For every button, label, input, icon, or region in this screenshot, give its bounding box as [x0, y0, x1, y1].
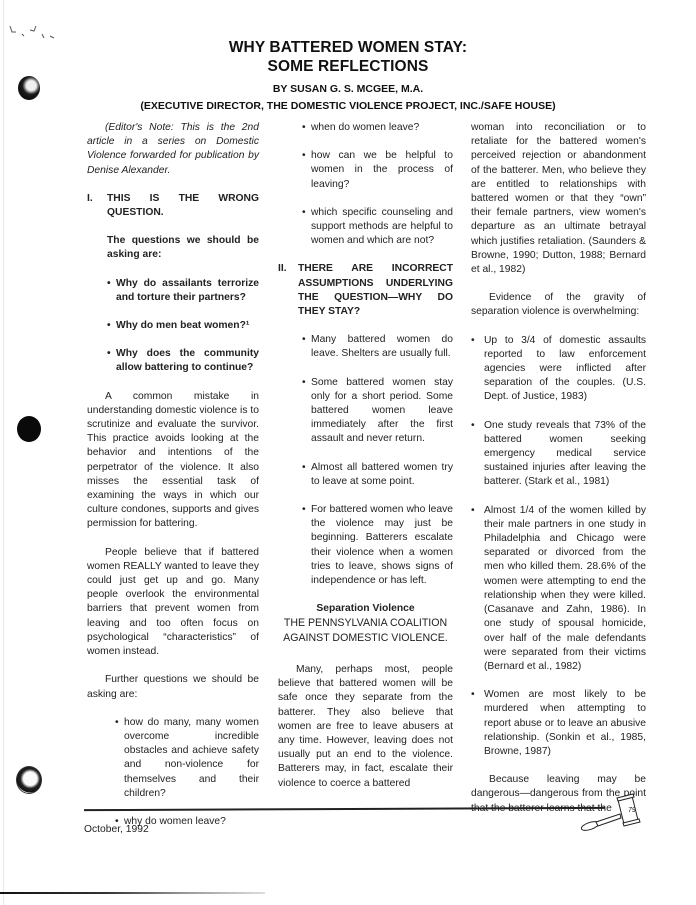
column-3: woman into reconciliation or to retaliat… — [471, 121, 646, 830]
list-item: which specific counseling and support me… — [311, 206, 453, 249]
list-item: Up to 3/4 of domestic assaults reported … — [484, 334, 646, 405]
byline: BY SUSAN G. S. MCGEE, M.A. — [0, 83, 696, 95]
section-title: THIS IS THE WRONG QUESTION. — [107, 192, 259, 220]
binder-hole-icon — [16, 766, 42, 794]
further-question-list-cont: when do women leave? how can we be helpf… — [278, 121, 453, 248]
paragraph: Evidence of the gravity of separation vi… — [471, 291, 646, 319]
column-1: (Editor's Note: This is the 2nd article … — [87, 121, 259, 843]
scan-bottom-streak — [0, 892, 265, 894]
editors-note: (Editor's Note: This is the 2nd article … — [87, 121, 259, 178]
paragraph: Further questions we should be asking ar… — [87, 673, 259, 701]
subheading: The questions we should be asking are: — [107, 234, 259, 262]
list-item: Why does the community allow battering t… — [116, 347, 259, 375]
paragraph: People believe that if battered women RE… — [87, 546, 259, 660]
section-title: THERE ARE INCORRECT ASSUMPTIONS UNDERLYI… — [298, 262, 453, 319]
list-item: Why do men beat women?¹ — [116, 319, 259, 333]
list-item: Many battered women do leave. Shelters a… — [311, 333, 453, 361]
separation-violence-heading: Separation Violence — [278, 602, 453, 616]
list-item: Almost 1/4 of the women killed by their … — [484, 504, 646, 674]
column-2: when do women leave? how can we be helpf… — [278, 121, 453, 805]
list-item: when do women leave? — [311, 121, 453, 135]
list-item: how do many, many women overcome incredi… — [124, 716, 259, 801]
section-heading-2: II. THERE ARE INCORRECT ASSUMPTIONS UNDE… — [278, 262, 453, 319]
paragraph: Many, perhaps most, people believe that … — [278, 663, 453, 791]
article-header: WHY BATTERED WOMEN STAY: SOME REFLECTION… — [0, 38, 696, 112]
section-number: II. — [278, 262, 298, 319]
list-item: For battered women who leave the violenc… — [311, 503, 453, 588]
paragraph: A common mistake in understanding domest… — [87, 390, 259, 532]
further-question-list: how do many, many women overcome incredi… — [87, 716, 259, 829]
binder-hole-icon — [17, 416, 41, 442]
list-item: Women are most likely to be murdered whe… — [484, 688, 646, 759]
title-line-2: SOME REFLECTIONS — [0, 57, 696, 76]
list-item: One study reveals that 73% of the batter… — [484, 419, 646, 490]
gavel-icon: 79 — [580, 792, 650, 836]
question-list: Why do assailants terrorize and torture … — [87, 277, 259, 376]
footer-date: October, 1992 — [84, 824, 149, 835]
section-number: I. — [87, 192, 107, 220]
list-item: Why do assailants terrorize and torture … — [116, 277, 259, 305]
section-heading-1: I. THIS IS THE WRONG QUESTION. — [87, 192, 259, 220]
scan-edge-line — [3, 0, 4, 905]
list-item: Some battered women stay only for a shor… — [311, 376, 453, 447]
assumption-list: Many battered women do leave. Shelters a… — [278, 333, 453, 588]
author-affiliation: (EXECUTIVE DIRECTOR, THE DOMESTIC VIOLEN… — [0, 100, 696, 112]
list-item: how can we be helpful to women in the pr… — [311, 149, 453, 192]
source-org-line-1: THE PENNSYLVANIA COALITION — [278, 616, 453, 630]
paragraph-continued: woman into reconciliation or to retaliat… — [471, 121, 646, 277]
page-number: 79 — [628, 807, 636, 814]
source-org-line-2: AGAINST DOMESTIC VIOLENCE. — [278, 631, 453, 645]
evidence-list: Up to 3/4 of domestic assaults reported … — [471, 334, 646, 759]
title-line-1: WHY BATTERED WOMEN STAY: — [0, 38, 696, 57]
list-item: Almost all battered women try to leave a… — [311, 461, 453, 489]
article-title: WHY BATTERED WOMEN STAY: SOME REFLECTION… — [0, 38, 696, 76]
